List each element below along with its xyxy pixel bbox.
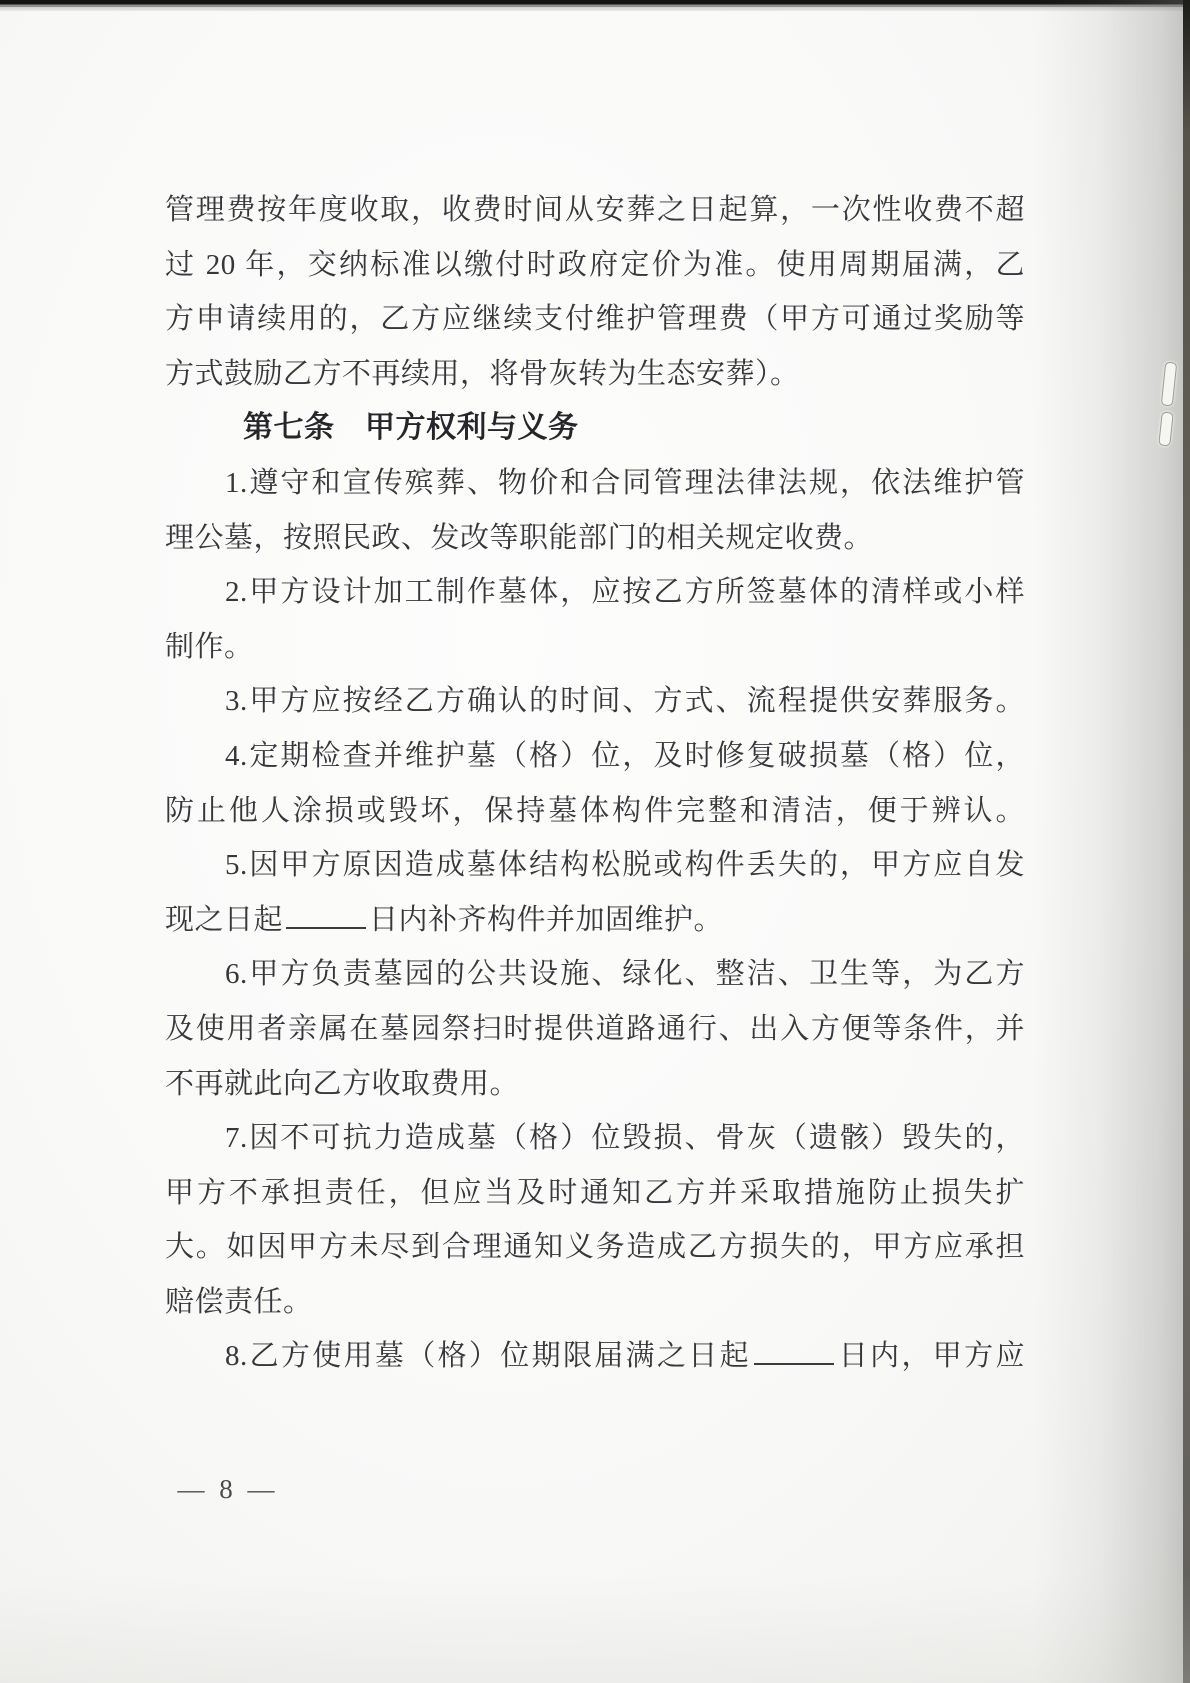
text-line: 3.甲方应按经乙方确认的时间、方式、流程提供安葬服务。 (165, 674, 1025, 729)
text-line: 2.甲方设计加工制作墓体，应按乙方所签墓体的清样或小样 (165, 565, 1025, 620)
scanned-page: 管理费按年度收取，收费时间从安葬之日起算，一次性收费不超过 20 年，交纳标准以… (0, 0, 1190, 1683)
text-line: 理公墓，按照民政、发改等职能部门的相关规定收费。 (165, 511, 1025, 566)
text-line: 甲方不承担责任，但应当及时通知乙方并采取措施防止损失扩 (165, 1166, 1025, 1221)
scan-right-shadow (1033, 0, 1183, 1683)
fill-in-blank (754, 1339, 834, 1366)
text-segment: 现之日起 (165, 904, 283, 936)
text-line: 管理费按年度收取，收费时间从安葬之日起算，一次性收费不超 (165, 183, 1025, 238)
text-line: 1.遵守和宣传殡葬、物价和合同管理法律法规，依法维护管 (165, 456, 1025, 511)
text-line: 6.甲方负责墓园的公共设施、绿化、整洁、卫生等，为乙方 (165, 947, 1025, 1002)
text-line: 现之日起日内补齐构件并加固维护。 (165, 893, 1025, 948)
text-line: 8.乙方使用墓（格）位期限届满之日起日内，甲方应 (165, 1329, 1025, 1384)
contract-text-block: 管理费按年度收取，收费时间从安葬之日起算，一次性收费不超过 20 年，交纳标准以… (165, 183, 1025, 1384)
text-line: 不再就此向乙方收取费用。 (165, 1057, 1025, 1112)
text-segment: 日内补齐构件并加固维护。 (369, 904, 723, 936)
text-line: 及使用者亲属在墓园祭扫时提供道路通行、出入方便等条件，并 (165, 1002, 1025, 1057)
text-segment: 日内，甲方应 (837, 1340, 1025, 1372)
text-line: 过 20 年，交纳标准以缴付时政府定价为准。使用周期届满，乙 (165, 238, 1025, 293)
text-line: 7.因不可抗力造成墓（格）位毁损、骨灰（遗骸）毁失的， (165, 1111, 1025, 1166)
paper-texture (0, 1573, 1190, 1683)
page-number: — 8 — (168, 1474, 288, 1505)
text-line: 防止他人涂损或毁坏，保持墓体构件完整和清洁，便于辨认。 (165, 784, 1025, 839)
text-line: 大。如因甲方未尽到合理通知义务造成乙方损失的，甲方应承担 (165, 1220, 1025, 1275)
text-segment: 8.乙方使用墓（格）位期限届满之日起 (225, 1340, 751, 1372)
fill-in-blank (286, 902, 366, 929)
text-line: 5.因甲方原因造成墓体结构松脱或构件丢失的，甲方应自发 (165, 838, 1025, 893)
section-heading: 第七条 甲方权利与义务 (165, 401, 1025, 456)
scan-right-edge-artifact (1183, 0, 1190, 1683)
scan-top-edge-artifact (0, 0, 1190, 11)
text-line: 赔偿责任。 (165, 1275, 1025, 1330)
text-line: 方式鼓励乙方不再续用，将骨灰转为生态安葬）。 (165, 347, 1025, 402)
text-line: 4.定期检查并维护墓（格）位，及时修复破损墓（格）位， (165, 729, 1025, 784)
text-line: 方申请续用的，乙方应继续支付维护管理费（甲方可通过奖励等 (165, 292, 1025, 347)
text-line: 制作。 (165, 620, 1025, 675)
